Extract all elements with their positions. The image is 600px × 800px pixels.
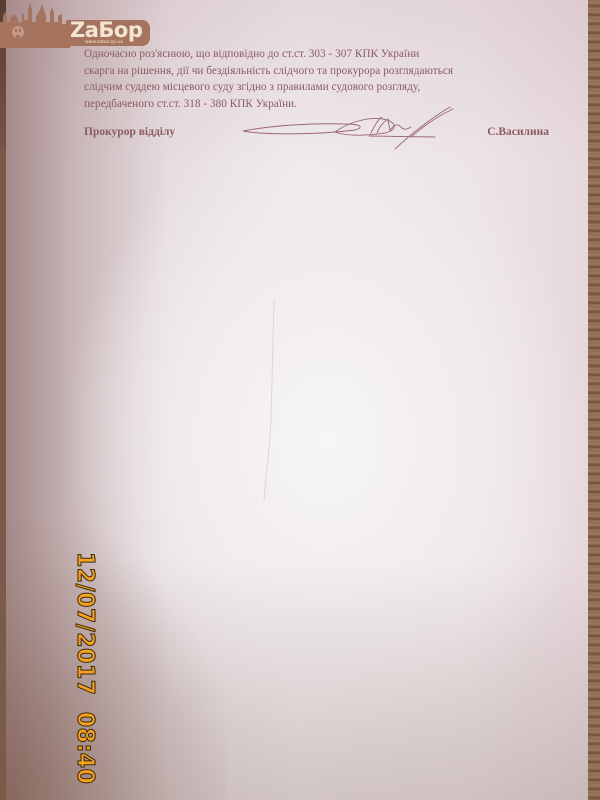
- signatory-name: С.Василина: [487, 126, 549, 138]
- text-line: скарга на рішення, дії чи бездіяльність …: [84, 63, 549, 80]
- logo-url: www.zabor.zp.ua: [82, 40, 126, 45]
- text-line: слідчим суддею місцевого суду згідно з п…: [84, 79, 549, 96]
- table-surface-right: [588, 0, 600, 800]
- signatory-role: Прокурор відділу: [84, 126, 175, 138]
- shadow: [6, 520, 226, 800]
- logo-brand: ZaБор: [70, 18, 142, 42]
- text-line: Одночасно роз'яснюю, що відповідно до ст…: [84, 46, 549, 63]
- watermark-logo: ZaБор www.zabor.zp.ua: [0, 0, 150, 48]
- city-skyline-icon: [0, 0, 70, 48]
- paper-crease: [262, 300, 282, 500]
- camera-timestamp: 12/07/2017 08:40: [72, 552, 98, 784]
- handwritten-signature-icon: [235, 103, 455, 163]
